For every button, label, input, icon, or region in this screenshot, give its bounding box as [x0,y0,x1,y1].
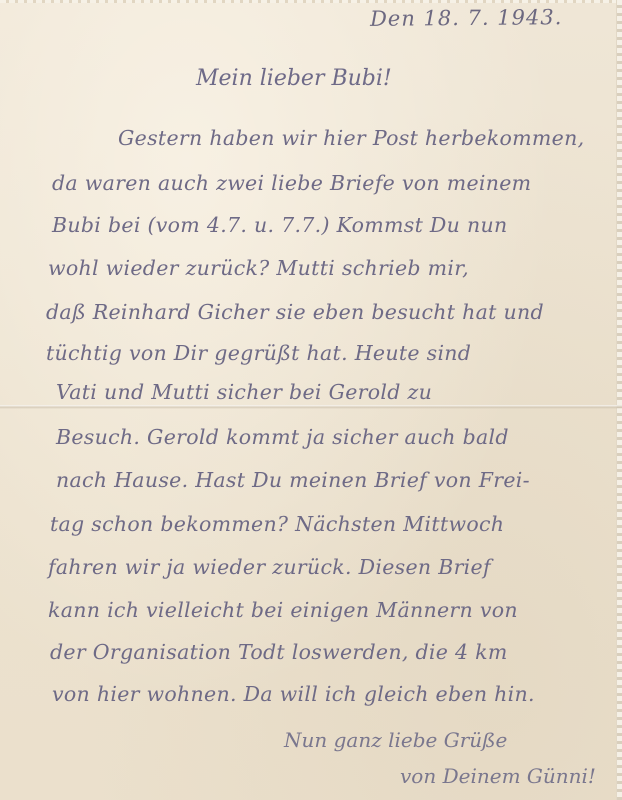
letter-line: daß Reinhard Gicher sie eben besucht hat… [46,300,544,324]
perforated-edge [616,0,622,800]
letter-line: nach Hause. Hast Du meinen Brief von Fre… [56,468,530,492]
letter-salutation: Mein lieber Bubi! [196,66,392,91]
letter-closing-greeting: Nun ganz liebe Grüße [284,728,507,752]
letter-date: Den 18. 7. 1943. [370,5,563,31]
letter-line: fahren wir ja wieder zurück. Diesen Brie… [48,555,491,579]
letter-line: der Organisation Todt loswerden, die 4 k… [50,640,508,664]
letter-line: Gestern haben wir hier Post herbekommen, [118,126,584,150]
letter-line: von hier wohnen. Da will ich gleich eben… [52,682,535,706]
letter-line: Vati und Mutti sicher bei Gerold zu [56,380,432,404]
letter-line: tag schon bekommen? Nächsten Mittwoch [50,512,504,536]
letter-line: Besuch. Gerold kommt ja sicher auch bald [56,425,509,449]
letter-signature: von Deinem Günni! [400,764,596,788]
letter-page: Den 18. 7. 1943. Mein lieber Bubi! Geste… [0,0,622,800]
letter-line: kann ich vielleicht bei einigen Männern … [48,598,518,622]
paper-top-edge [0,0,622,3]
letter-line: wohl wieder zurück? Mutti schrieb mir, [48,256,469,280]
letter-line: da waren auch zwei liebe Briefe von mein… [52,171,531,195]
letter-line: tüchtig von Dir gegrüßt hat. Heute sind [46,341,471,365]
letter-line: Bubi bei (vom 4.7. u. 7.7.) Kommst Du nu… [52,213,508,237]
paper-fold-crease [0,405,622,409]
